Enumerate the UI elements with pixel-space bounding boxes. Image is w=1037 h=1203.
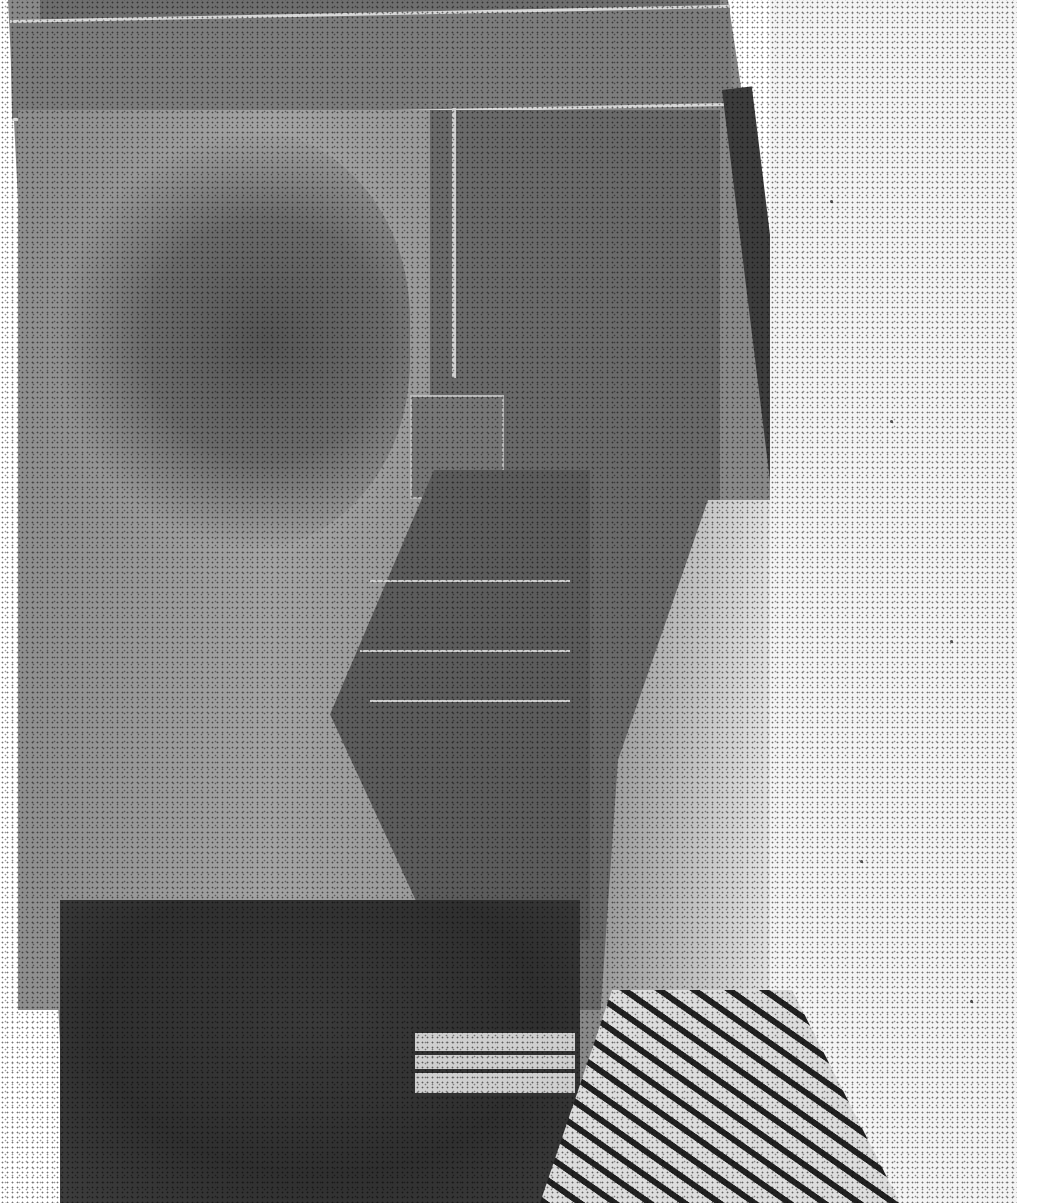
tree	[50, 130, 410, 550]
bench	[412, 1030, 578, 1096]
drainpipe	[452, 108, 456, 378]
gable-course-line	[370, 700, 570, 702]
gable-course-line	[360, 650, 570, 652]
gable-course-line	[370, 580, 570, 582]
road	[770, 0, 1037, 1203]
eave-band	[10, 5, 732, 121]
photograph	[0, 0, 1037, 1203]
page-margin	[1017, 0, 1037, 1203]
